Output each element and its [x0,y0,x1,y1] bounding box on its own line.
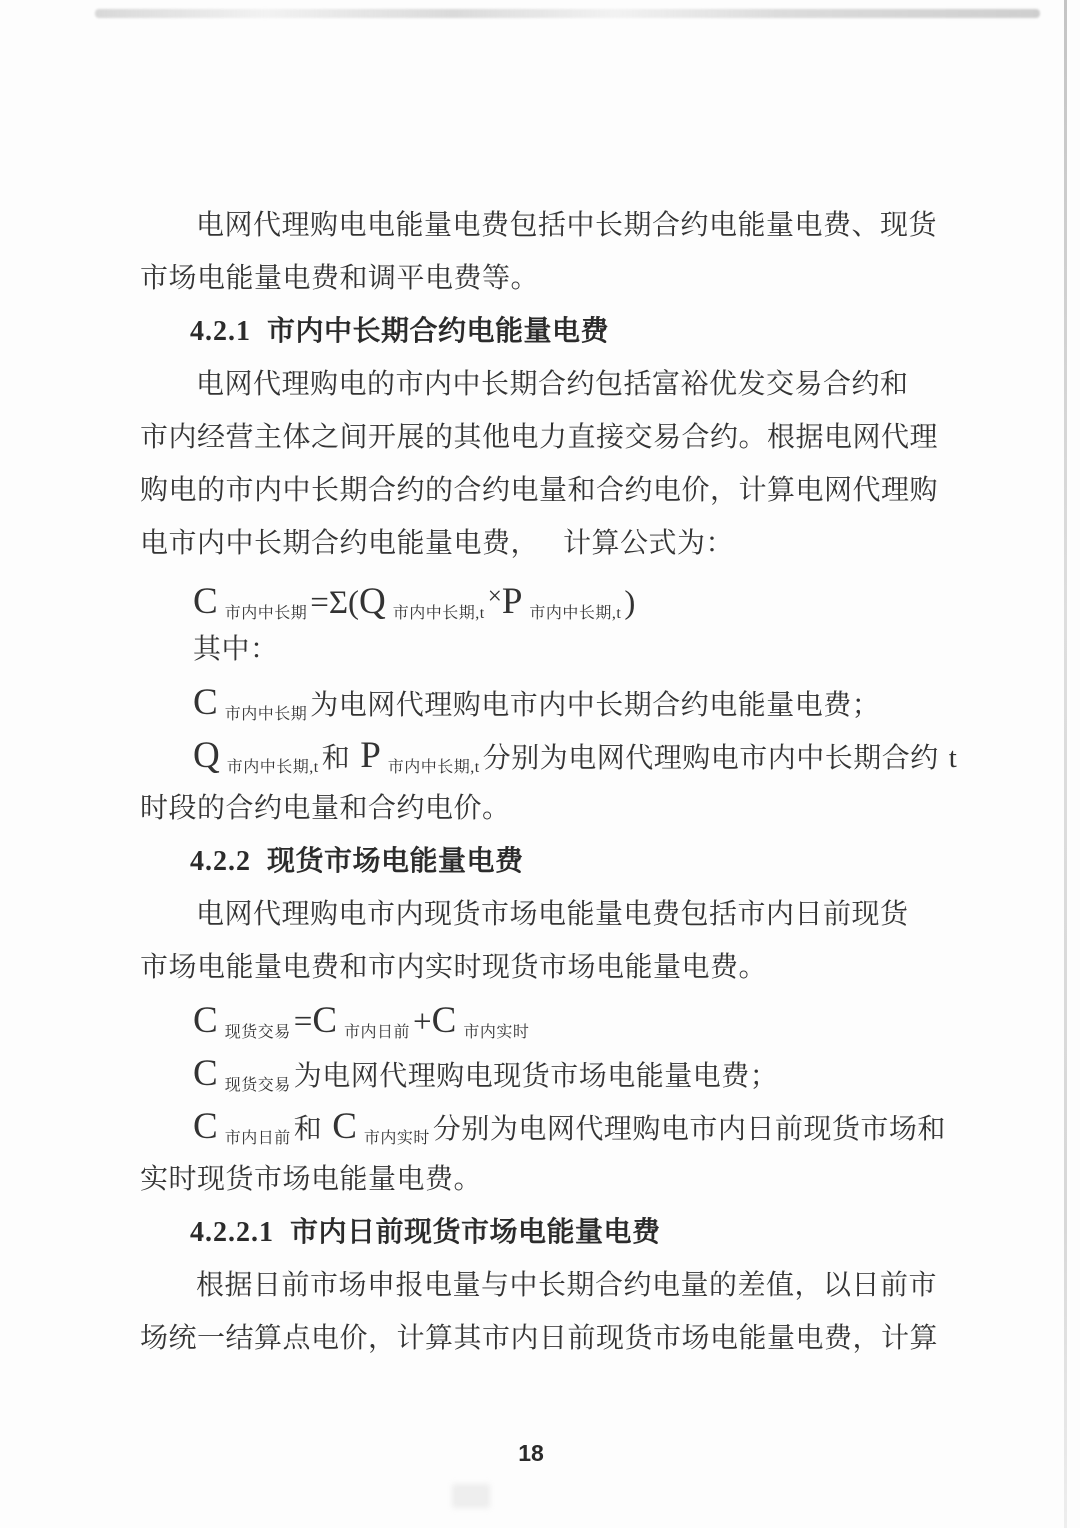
formula-2-var-C3: C [432,1000,457,1041]
formula-spot-market: C现货交易=C市内日前+C市内实时 [140,994,940,1047]
equals-sigma-paren: =Σ( [310,585,359,621]
paragraph-2-line-4: 电市内中长期合约电能量电费，计算公式为： [140,517,940,570]
formula-2-sub-spot: 现货交易 [225,1024,291,1041]
paragraph-2-line-1: 电网代理购电的市内中长期合约包括富裕优发交易合约和 [140,358,940,411]
def-1-sub: 市内中长期 [225,706,308,723]
formula-var-Q: Q [359,581,386,622]
def-2-sub-2: 市内中长期,t [388,759,480,776]
definition-2-line-2: 时段的合约电量和合约电价。 [140,782,940,835]
paragraph-1-line-1: 电网代理购电电能量电费包括中长期合约电能量电费、现货 [140,199,940,252]
def-1-text: 为电网代理购电市内中长期合约电能量电费； [310,690,880,721]
definition-3: C现货交易为电网代理购电现货市场电能量电费； [140,1047,940,1100]
heading-4-2-1: 4.2.1市内中长期合约电能量电费 [140,305,940,358]
def-4-sub-1: 市内日前 [225,1130,291,1147]
scan-artifact-right-line [1064,0,1067,1528]
def-3-text: 为电网代理购电现货市场电能量电费； [294,1061,779,1092]
paragraph-2-line-4-b: 计算公式为： [563,528,734,559]
where-label: 其中： [140,623,940,676]
heading-4-2-2-1-title: 市内日前现货市场电能量电费 [290,1217,661,1248]
def-2-text: 分别为电网代理购电市内中长期合约 [483,743,939,774]
paragraph-2-line-2: 市内经营主体之间开展的其他电力直接交易合约。根据电网代理 [140,411,940,464]
heading-4-2-2-title: 现货市场电能量电费 [267,846,524,877]
formula-sub-midlong-t: 市内中长期,t [393,605,485,622]
def-1-var-C: C [193,682,218,723]
heading-4-2-1-title: 市内中长期合约电能量电费 [267,316,609,347]
paragraph-4-line-1: 根据日前市场申报电量与中长期合约电量的差值，以日前市 [140,1259,940,1312]
def-4-sub-2: 市内实时 [364,1130,430,1147]
definition-2-line-1: Q市内中长期,t和P市内中长期,t分别为电网代理购电市内中长期合约t [140,729,940,782]
formula-2-var-C2: C [312,1000,337,1041]
def-2-and: 和 [322,743,351,774]
def-2-var-t: t [949,742,957,774]
plus-sign: + [413,1004,432,1040]
page-number: 18 [0,1438,1062,1468]
multiply-sign: × [488,583,502,610]
formula-var-C: C [193,581,218,622]
paragraph-2-line-3: 购电的市内中长期合约的合约电量和合约电价，计算电网代理购 [140,464,940,517]
scan-artifact-top [95,9,1040,18]
formula-sub-midlong-t-2: 市内中长期,t [529,605,621,622]
document-page: 电网代理购电电能量电费包括中长期合约电能量电费、现货 市场电能量电费和调平电费等… [0,0,1080,1528]
definition-1: C市内中长期为电网代理购电市内中长期合约电能量电费； [140,676,940,729]
def-3-var-C: C [193,1053,218,1094]
def-2-var-P: P [360,735,381,776]
formula-2-var-C1: C [193,1000,218,1041]
formula-sub-midlong: 市内中长期 [225,605,308,622]
definition-4-line-1: C市内日前和C市内实时分别为电网代理购电市内日前现货市场和 [140,1100,940,1153]
heading-4-2-2-1: 4.2.2.1市内日前现货市场电能量电费 [140,1206,940,1259]
paragraph-2-line-4-a: 电市内中长期合约电能量电费， [140,528,539,559]
heading-4-2-2: 4.2.2现货市场电能量电费 [140,835,940,888]
document-body: 电网代理购电电能量电费包括中长期合约电能量电费、现货 市场电能量电费和调平电费等… [140,199,940,1365]
paragraph-4-line-2: 场统一结算点电价，计算其市内日前现货市场电能量电费，计算 [140,1312,940,1365]
heading-4-2-1-number: 4.2.1 [190,316,251,347]
def-4-and: 和 [294,1114,323,1145]
paragraph-1-line-2: 市场电能量电费和调平电费等。 [140,252,940,305]
equals-sign: = [294,1004,313,1040]
scan-artifact-smudge [452,1484,490,1508]
formula-midlong-term: C市内中长期=Σ(Q市内中长期,t×P市内中长期,t) [140,570,940,623]
def-3-sub: 现货交易 [225,1077,291,1094]
paragraph-3-line-2: 市场电能量电费和市内实时现货市场电能量电费。 [140,941,940,994]
definition-4-line-2: 实时现货市场电能量电费。 [140,1153,940,1206]
def-2-sub-1: 市内中长期,t [227,759,319,776]
close-paren: ) [624,585,635,621]
heading-4-2-2-1-number: 4.2.2.1 [190,1217,274,1248]
def-4-var-C1: C [193,1106,218,1147]
formula-2-sub-dayahead: 市内日前 [344,1024,410,1041]
heading-4-2-2-number: 4.2.2 [190,846,251,877]
def-4-text: 分别为电网代理购电市内日前现货市场和 [433,1114,946,1145]
formula-2-sub-realtime: 市内实时 [463,1024,529,1041]
def-2-var-Q: Q [193,735,220,776]
formula-var-P: P [502,581,523,622]
paragraph-3-line-1: 电网代理购电市内现货市场电能量电费包括市内日前现货 [140,888,940,941]
def-4-var-C2: C [332,1106,357,1147]
